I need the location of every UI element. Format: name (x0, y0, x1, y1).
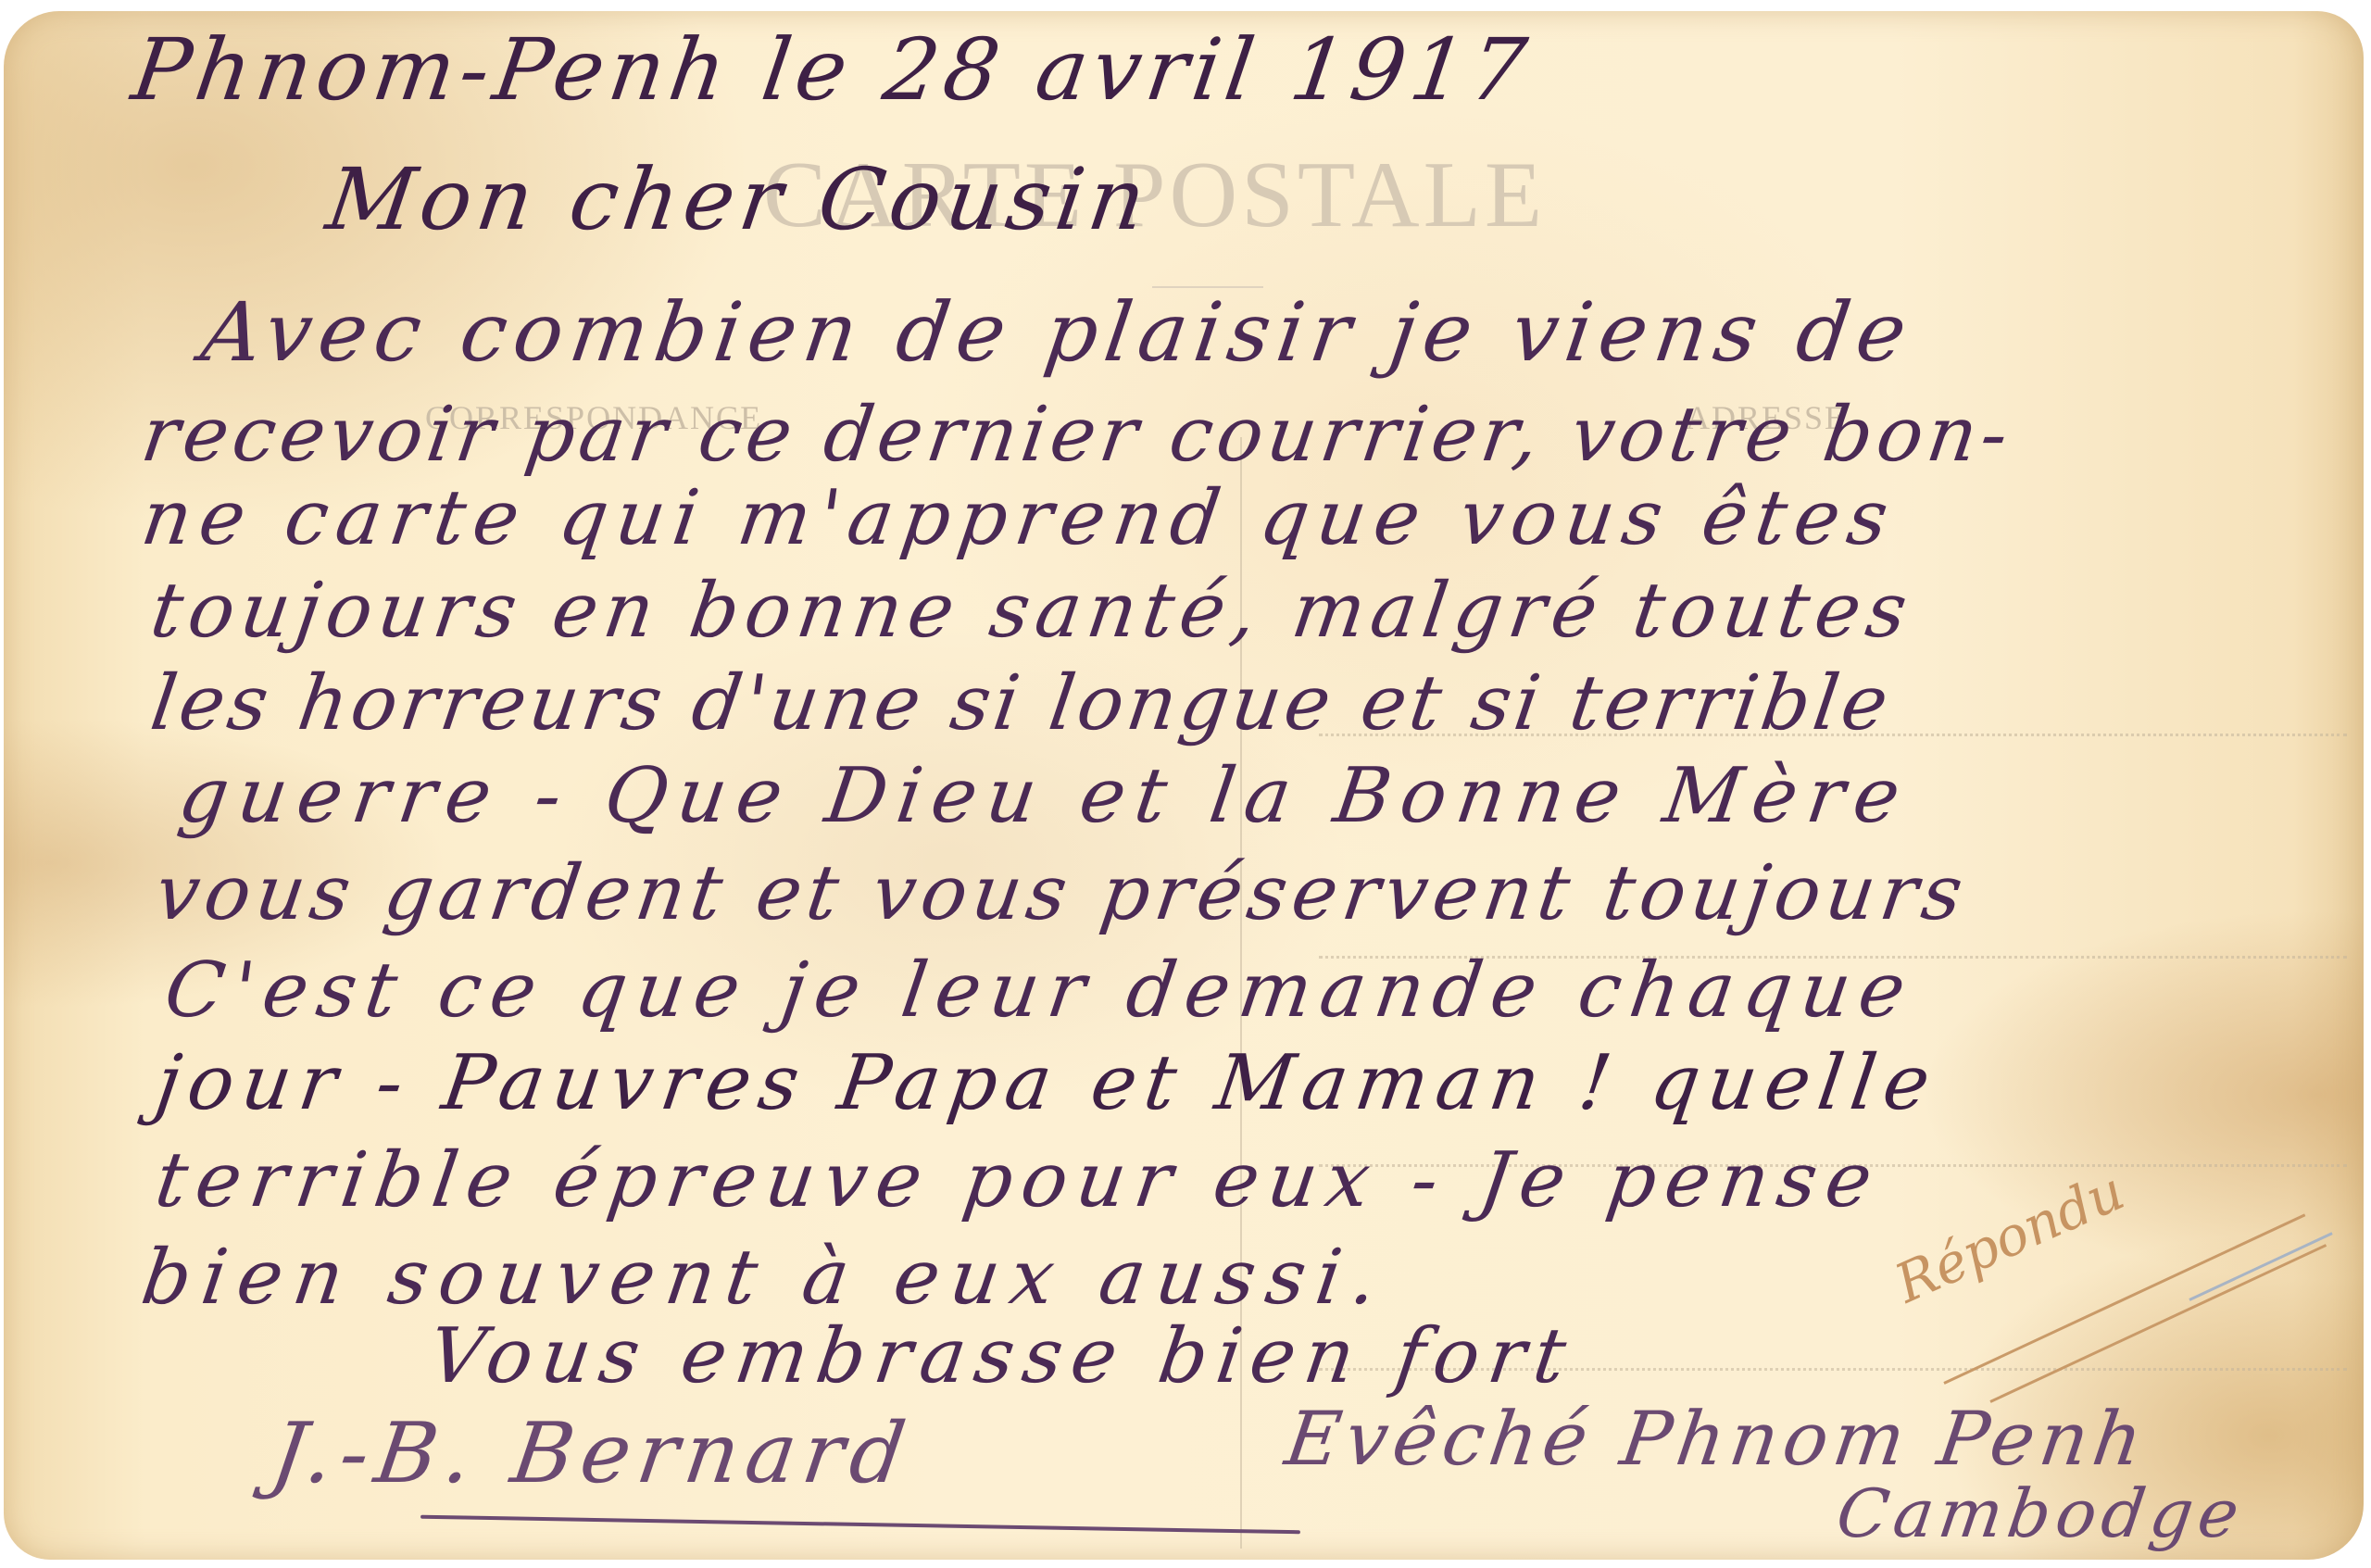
pencil-stroke (1989, 1244, 2327, 1403)
address-line-2: Cambodge (1832, 1474, 2249, 1552)
body-line: vous gardent et vous préservent toujours (150, 849, 1973, 937)
dateline: Phnom-Penh le 28 avril 1917 (126, 20, 1537, 119)
address-line-1: Evêché Phnom Penh (1280, 1396, 2152, 1482)
body-line: recevoir par ce dernier courrier, votre … (136, 391, 2017, 479)
signature: J.-B. Bernard (266, 1405, 919, 1502)
body-line: toujours en bonne santé, malgré toutes (145, 567, 1918, 655)
signature-flourish (420, 1515, 1300, 1535)
body-line: bien souvent à eux aussi. (136, 1234, 1393, 1322)
body-line: Avec combien de plaisir je viens de (196, 284, 1920, 380)
postcard: CARTE POSTALE CORRESPONDANCE ADRESSE Phn… (4, 11, 2364, 1560)
blue-pencil-stroke (2189, 1232, 2332, 1301)
closing: Vous embrasse bien fort (423, 1312, 1580, 1400)
body-line: C'est ce que je leur demande chaque (159, 947, 1920, 1035)
body-line: ne carte qui m'apprend que vous êtes (136, 474, 1901, 562)
body-line: jour - Pauvres Papa et Maman ! quelle (150, 1039, 1943, 1127)
pencil-annotation: Répondu (1886, 1159, 2133, 1315)
body-line: guerre - Que Dieu et la Bonne Mère (173, 752, 1915, 840)
salutation: Mon cher Cousin (320, 150, 1156, 249)
body-line: terrible épreuve pour eux - Je pense (150, 1136, 1887, 1224)
body-line: les horreurs d'une si longue et si terri… (145, 659, 1897, 747)
